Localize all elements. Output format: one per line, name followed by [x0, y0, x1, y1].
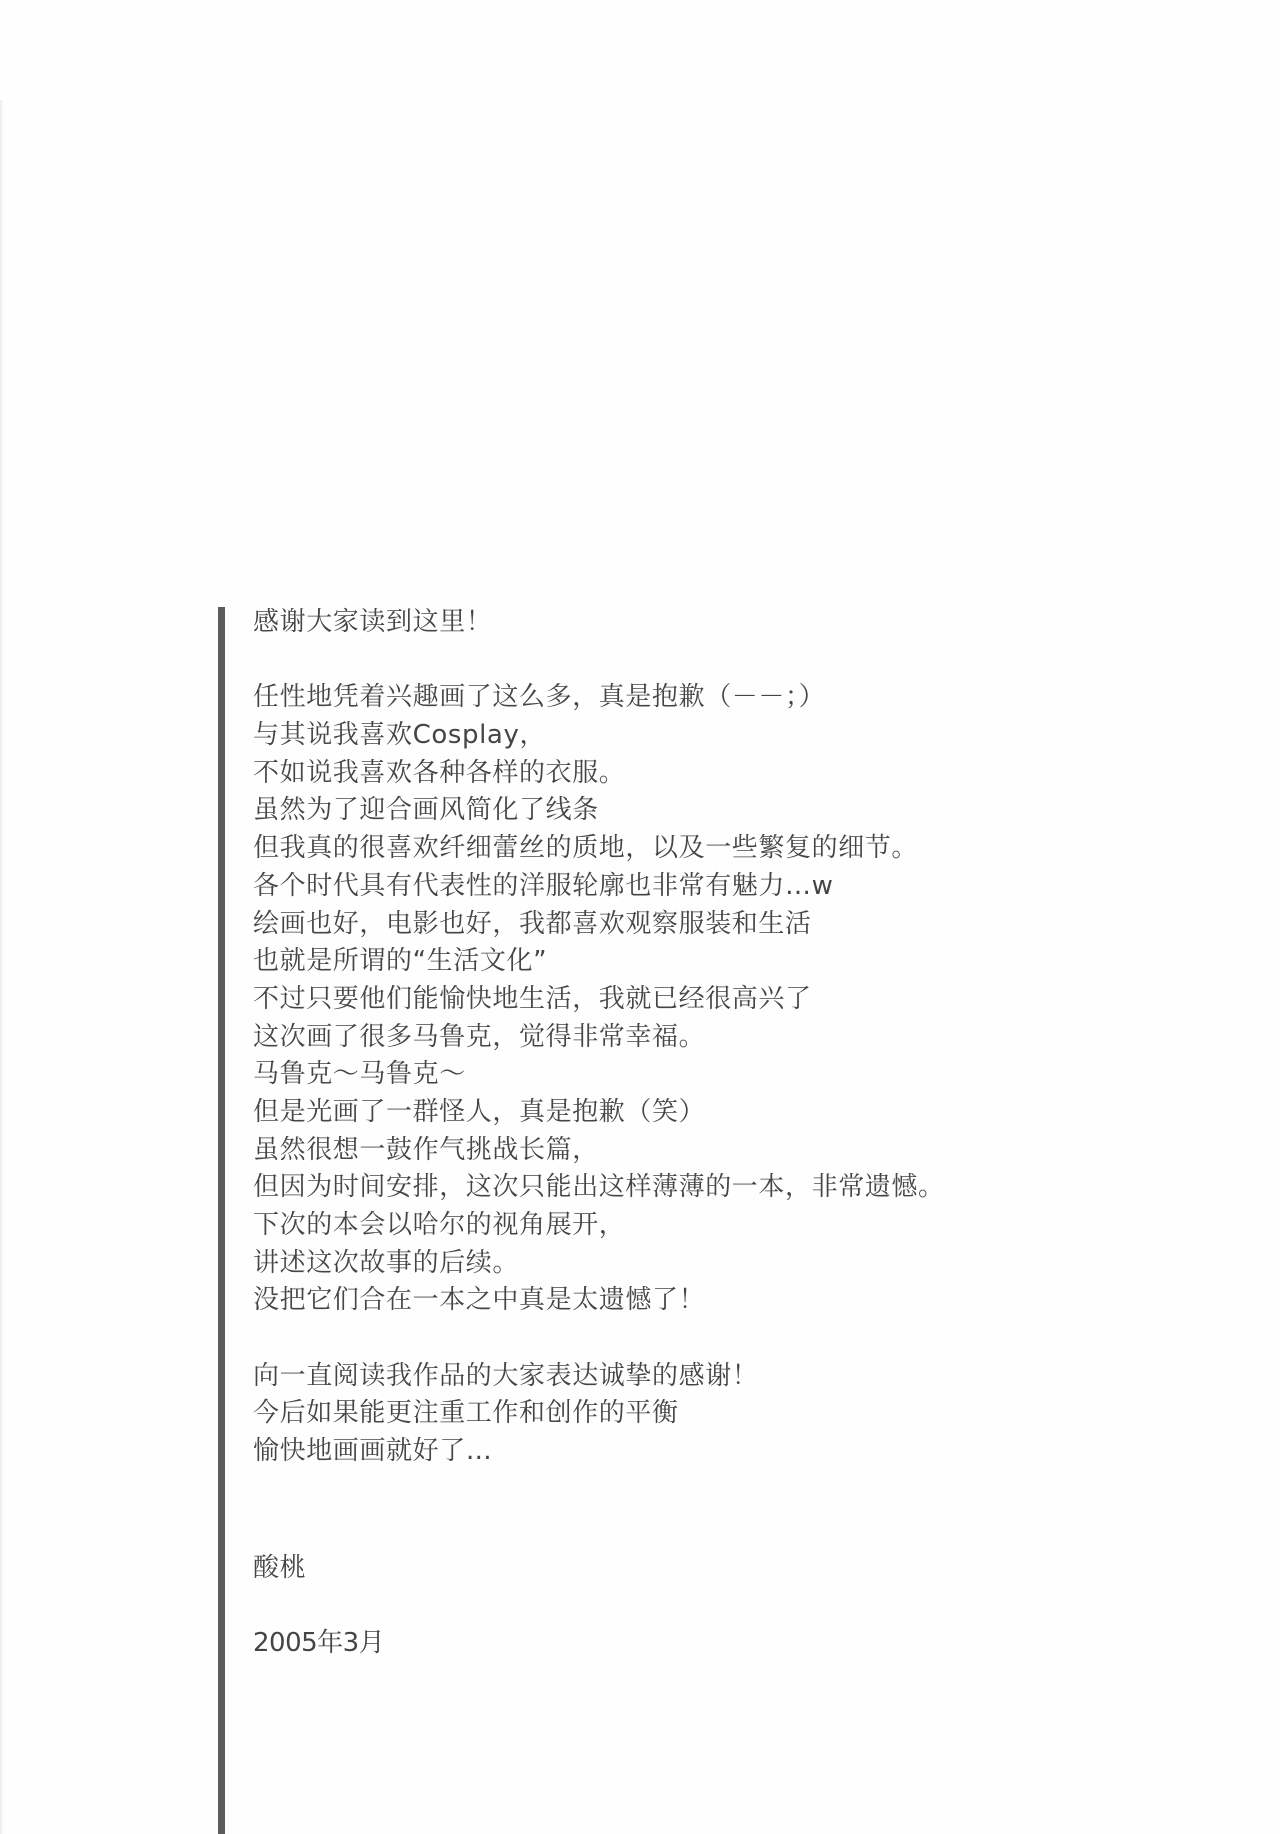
afterword-text: 感谢大家读到这里！ 任性地凭着兴趣画了这么多，真是抱歉（－－；） 与其说我喜欢C… — [253, 604, 1233, 1471]
greeting-line: 感谢大家读到这里！ — [253, 604, 1233, 642]
text-line: 但因为时间安排，这次只能出这样薄薄的一本，非常遗憾。 — [253, 1169, 1233, 1207]
text-line: 马鲁克～马鲁克～ — [253, 1056, 1233, 1094]
book-page: 感谢大家读到这里！ 任性地凭着兴趣画了这么多，真是抱歉（－－；） 与其说我喜欢C… — [0, 0, 1280, 1834]
text-line: 不如说我喜欢各种各样的衣服。 — [253, 755, 1233, 793]
text-line: 愉快地画画就好了… — [253, 1433, 1233, 1471]
text-line: 讲述这次故事的后续。 — [253, 1245, 1233, 1283]
text-line: 下次的本会以哈尔的视角展开， — [253, 1207, 1233, 1245]
text-line: 不过只要他们能愉快地生活，我就已经很高兴了 — [253, 981, 1233, 1019]
text-line: 没把它们合在一本之中真是太遗憾了！ — [253, 1282, 1233, 1320]
paragraph-spacer — [253, 1320, 1233, 1358]
text-line: 虽然为了迎合画风简化了线条 — [253, 792, 1233, 830]
text-line: 各个时代具有代表性的洋服轮廓也非常有魅力…w — [253, 868, 1233, 906]
signature-date: 2005年3月 — [253, 1625, 384, 1663]
text-line: 但是光画了一群怪人，真是抱歉（笑） — [253, 1094, 1233, 1132]
margin-bar-divider — [218, 607, 225, 1834]
text-line: 但我真的很喜欢纤细蕾丝的质地，以及一些繁复的细节。 — [253, 830, 1233, 868]
text-line: 今后如果能更注重工作和创作的平衡 — [253, 1395, 1233, 1433]
signature-block: 酸桃 2005年3月 — [253, 1550, 384, 1663]
text-line: 与其说我喜欢Cosplay， — [253, 717, 1233, 755]
author-signature: 酸桃 — [253, 1550, 384, 1588]
text-line: 这次画了很多马鲁克，觉得非常幸福。 — [253, 1019, 1233, 1057]
scan-edge-shadow — [0, 100, 3, 1834]
text-line: 向一直阅读我作品的大家表达诚挚的感谢！ — [253, 1358, 1233, 1396]
paragraph-spacer — [253, 642, 1233, 680]
text-line: 也就是所谓的“生活文化” — [253, 943, 1233, 981]
text-line: 绘画也好，电影也好，我都喜欢观察服装和生活 — [253, 906, 1233, 944]
text-line: 虽然很想一鼓作气挑战长篇， — [253, 1132, 1233, 1170]
text-line: 任性地凭着兴趣画了这么多，真是抱歉（－－；） — [253, 679, 1233, 717]
